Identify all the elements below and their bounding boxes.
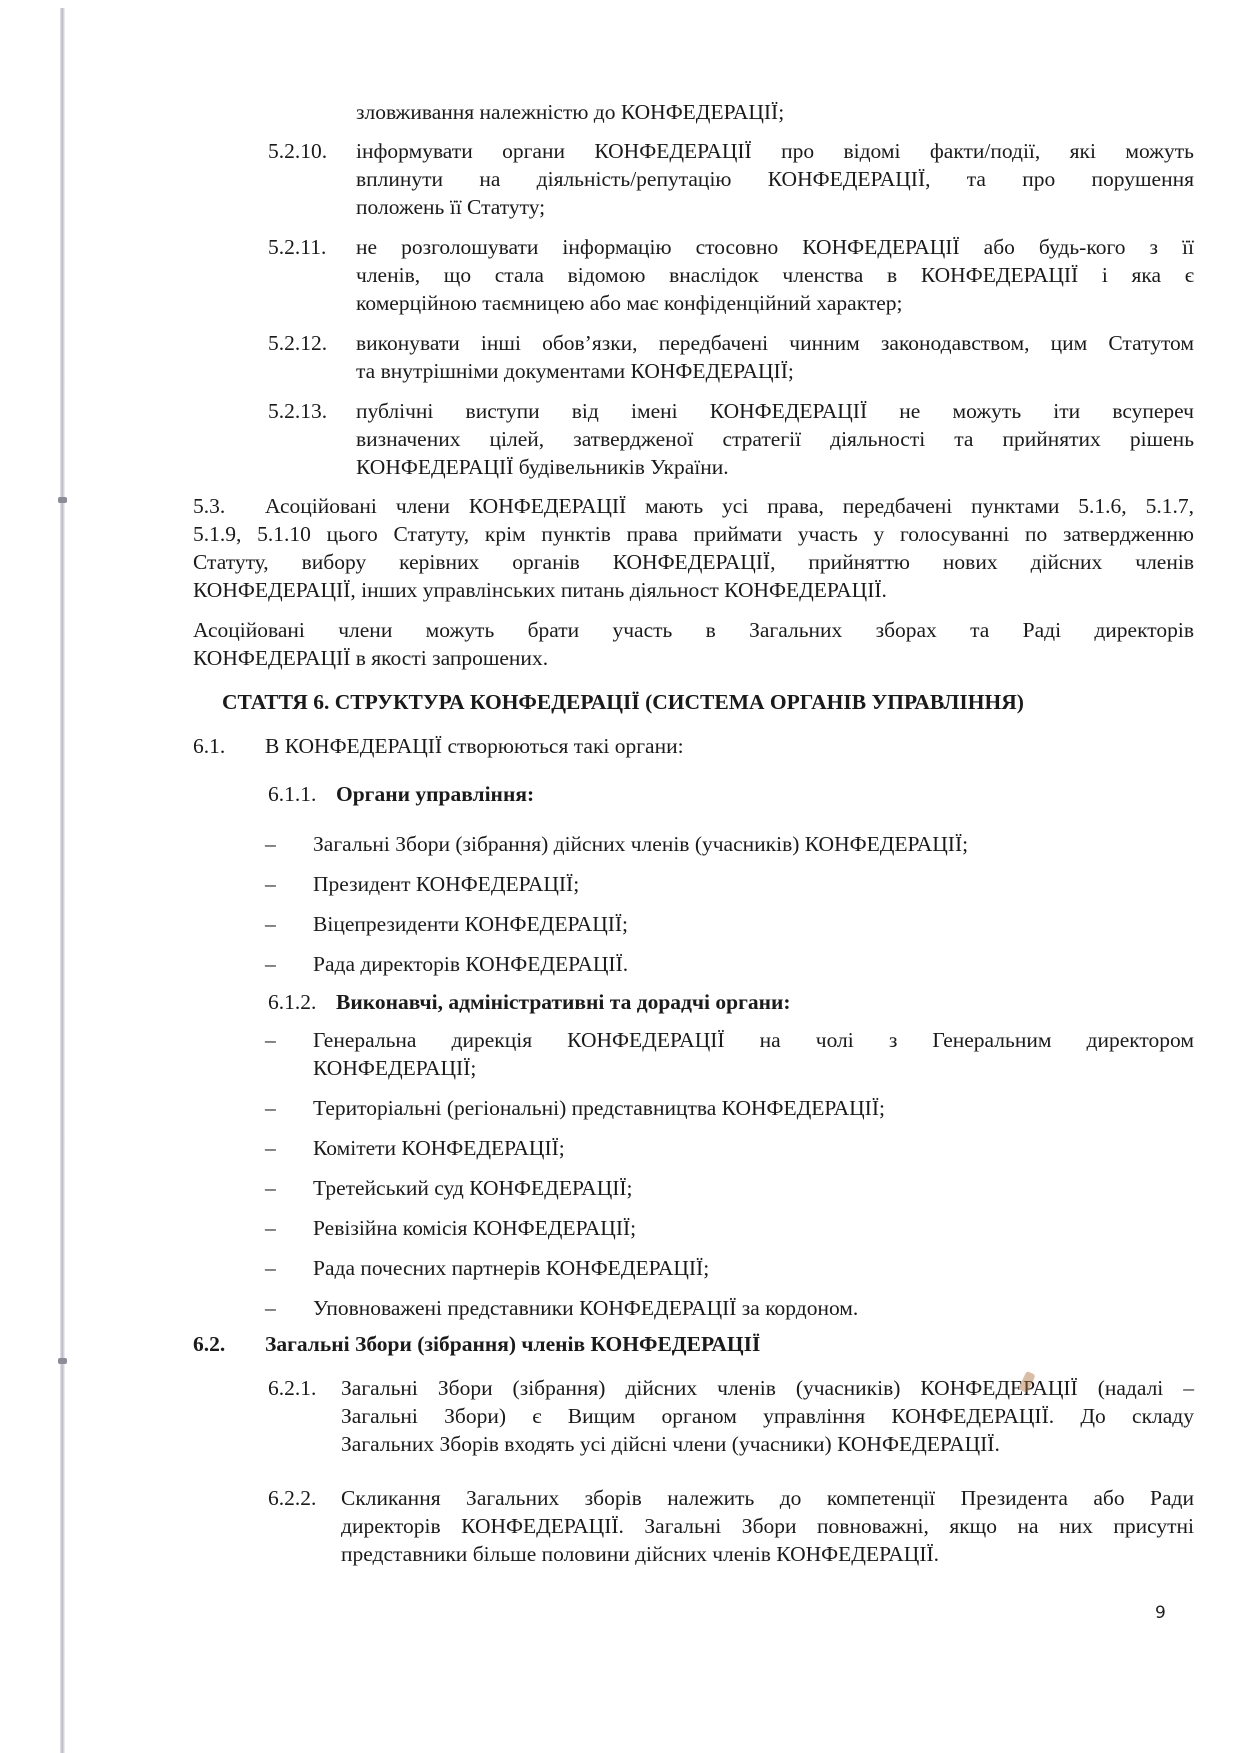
list-dash: –	[265, 1174, 276, 1202]
list-dash: –	[265, 1294, 276, 1322]
associate-members-paragraph: КОНФЕДЕРАЦІЇ в якості запрошених.	[193, 644, 548, 672]
clause-6-1-2-title: Виконавчі, адміністративні та дорадчі ор…	[336, 988, 791, 1016]
clause-number: 6.1.	[193, 732, 225, 760]
list-dash: –	[265, 910, 276, 938]
associate-members-paragraph: Асоційовані члени можуть брати участь в …	[193, 616, 1194, 644]
clause-5-2-10-line: вплинути на діяльність/репутацію КОНФЕДЕ…	[356, 165, 1194, 193]
clause-6-2-2-line: представники більше половини дійсних чле…	[341, 1540, 939, 1568]
list-dash: –	[265, 1134, 276, 1162]
clause-number: 6.2.1.	[268, 1374, 316, 1402]
list-dash: –	[265, 870, 276, 898]
scan-binding-edge	[60, 8, 65, 1753]
list-dash: –	[265, 830, 276, 858]
clause-6-1-1-title: Органи управління:	[336, 780, 534, 808]
list-item: Третейський суд КОНФЕДЕРАЦІЇ;	[313, 1174, 633, 1202]
clause-number: 5.2.13.	[268, 397, 327, 425]
clause-number: 5.2.11.	[268, 233, 326, 261]
list-item: Віцепрезиденти КОНФЕДЕРАЦІЇ;	[313, 910, 628, 938]
clause-number: 6.2.	[193, 1330, 225, 1358]
list-item: Комітети КОНФЕДЕРАЦІЇ;	[313, 1134, 565, 1162]
clause-5-2-12-line: виконувати інші обов’язки, передбачені ч…	[356, 329, 1194, 357]
clause-number: 6.1.1.	[268, 780, 316, 808]
list-dash: –	[265, 1094, 276, 1122]
clause-number: 5.3.	[193, 492, 225, 520]
clause-5-3-line: 5.1.9, 5.1.10 цього Статуту, крім пункті…	[193, 520, 1194, 548]
scan-binding-mark	[58, 1358, 67, 1364]
list-dash: –	[265, 1026, 276, 1054]
list-item: Рада директорів КОНФЕДЕРАЦІЇ.	[313, 950, 628, 978]
page-number: 9	[1155, 1603, 1166, 1623]
list-item: Ревізійна комісія КОНФЕДЕРАЦІЇ;	[313, 1214, 636, 1242]
clause-5-2-13-line: визначених цілей, затвердженої стратегії…	[356, 425, 1194, 453]
clause-5-2-10-line: положень її Статуту;	[356, 193, 545, 221]
clause-6-2-1-line: Загальні Збори (зібрання) дійсних членів…	[341, 1374, 1194, 1402]
clause-5-2-13-line: публічні виступи від імені КОНФЕДЕРАЦІЇ …	[356, 397, 1194, 425]
clause-5-2-10-line: інформувати органи КОНФЕДЕРАЦІЇ про відо…	[356, 137, 1194, 165]
clause-6-2-1-line: Загальні Збори) є Вищим органом управлін…	[341, 1402, 1194, 1430]
clause-6-2-title: Загальні Збори (зібрання) членів КОНФЕДЕ…	[265, 1330, 760, 1358]
clause-5-3-line: КОНФЕДЕРАЦІЇ, інших управлінських питань…	[193, 576, 887, 604]
clause-6-2-1-line: Загальних Зборів входять усі дійсні член…	[341, 1430, 1000, 1458]
article-6-heading: СТАТТЯ 6. СТРУКТУРА КОНФЕДЕРАЦІЇ (СИСТЕМ…	[222, 688, 1024, 716]
clause-6-2-2-line: Скликання Загальних зборів належить до к…	[341, 1484, 1194, 1512]
list-item: КОНФЕДЕРАЦІЇ;	[313, 1054, 476, 1082]
scan-binding-mark	[58, 497, 67, 503]
list-dash: –	[265, 1214, 276, 1242]
clause-5-2-11-line: членів, що стала відомою внаслідок членс…	[356, 261, 1194, 289]
list-item: Загальні Збори (зібрання) дійсних членів…	[313, 830, 968, 858]
clause-5-2-11-line: не розголошувати інформацію стосовно КОН…	[356, 233, 1194, 261]
clause-5-2-9-continuation: зловживання належністю до КОНФЕДЕРАЦІЇ;	[356, 98, 784, 126]
clause-6-2-2-line: директорів КОНФЕДЕРАЦІЇ. Загальні Збори …	[341, 1512, 1194, 1540]
clause-5-2-13-line: КОНФЕДЕРАЦІЇ будівельників України.	[356, 453, 729, 481]
clause-5-2-11-line: комерційною таємницею або має конфіденці…	[356, 289, 903, 317]
clause-5-2-12-line: та внутрішніми документами КОНФЕДЕРАЦІЇ;	[356, 357, 794, 385]
list-item: Генеральна дирекція КОНФЕДЕРАЦІЇ на чолі…	[313, 1026, 1194, 1054]
clause-5-3-line: Асоційовані члени КОНФЕДЕРАЦІЇ мають усі…	[265, 492, 1194, 520]
clause-number: 5.2.10.	[268, 137, 327, 165]
document-page: зловживання належністю до КОНФЕДЕРАЦІЇ; …	[0, 0, 1240, 1753]
list-item: Президент КОНФЕДЕРАЦІЇ;	[313, 870, 579, 898]
clause-5-3-line: Статуту, вибору керівних органів КОНФЕДЕ…	[193, 548, 1194, 576]
clause-6-1-text: В КОНФЕДЕРАЦІЇ створюються такі органи:	[265, 732, 684, 760]
clause-number: 5.2.12.	[268, 329, 327, 357]
list-item: Уповноважені представники КОНФЕДЕРАЦІЇ з…	[313, 1294, 858, 1322]
list-item: Територіальні (регіональні) представницт…	[313, 1094, 885, 1122]
clause-number: 6.2.2.	[268, 1484, 316, 1512]
clause-number: 6.1.2.	[268, 988, 316, 1016]
list-dash: –	[265, 1254, 276, 1282]
list-item: Рада почесних партнерів КОНФЕДЕРАЦІЇ;	[313, 1254, 709, 1282]
list-dash: –	[265, 950, 276, 978]
